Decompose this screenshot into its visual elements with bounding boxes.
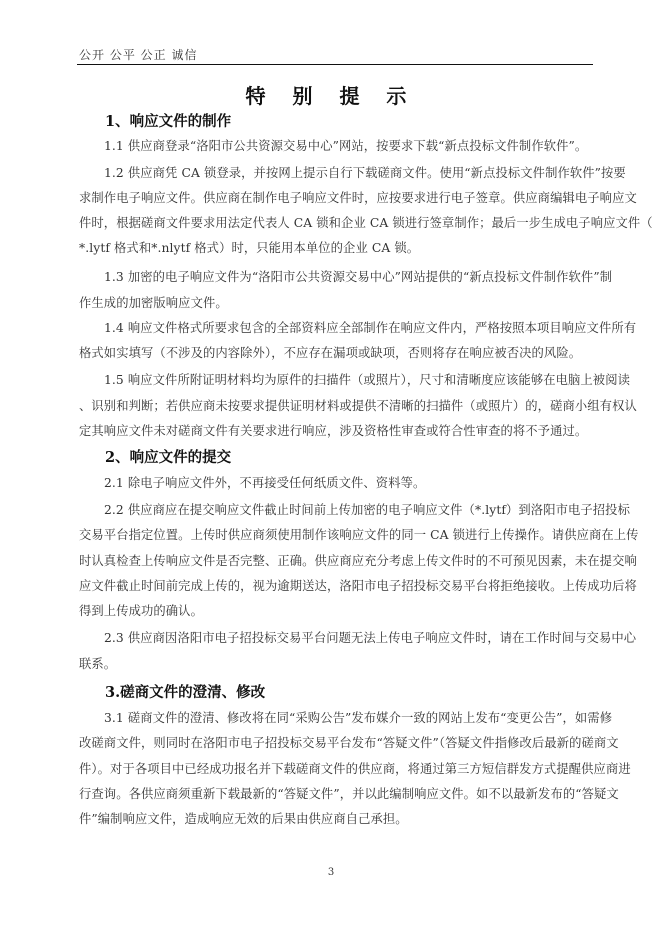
- paragraph-line: 应文件截止时间前完成上传的，视为逾期送达，洛阳市电子招投标交易平台将拒绝接收。上…: [79, 576, 637, 594]
- document-page: 公开 公平 公正 诚信 特 别 提 示 1、响应文件的制作 1.1 供应商登录“…: [0, 0, 662, 936]
- header-divider: [77, 64, 593, 65]
- paragraph-line: 1.5 响应文件所附证明材料均为原件的扫描件（或照片），尺寸和清晰度应该能够在电…: [104, 370, 630, 388]
- paragraph-line: 件”编制响应文件，造成响应无效的后果由供应商自己承担。: [79, 809, 408, 827]
- paragraph-line: 时认真检查上传响应文件是否完整、正确。供应商应充分考虑上传文件时的不可预见因素，…: [79, 551, 637, 569]
- paragraph-line: 件时，根据磋商文件要求用法定代表人 CA 锁和企业 CA 锁进行签章制作；最后一…: [79, 213, 653, 231]
- paragraph-line: 求制作电子响应文件。供应商在制作电子响应文件时，应按要求进行电子签章。供应商编辑…: [79, 188, 637, 206]
- paragraph-line: 2.1 除电子响应文件外，不再接受任何纸质文件、资料等。: [104, 473, 425, 491]
- paragraph-line: 1.3 加密的电子响应文件为“洛阳市公共资源交易中心”网站提供的“新点投标文件制…: [104, 267, 612, 285]
- section-heading-1: 1、响应文件的制作: [105, 110, 231, 131]
- paragraph-line: 、识别和判断；若供应商未按要求提供证明材料或提供不清晰的扫描件（或照片）的，磋商…: [79, 396, 637, 414]
- paragraph-line: 得到上传成功的确认。: [79, 601, 203, 619]
- page-title: 特 别 提 示: [0, 80, 662, 109]
- page-number: 3: [0, 867, 662, 878]
- paragraph-line: 件）。对于各项目中已经成功报名并下载磋商文件的供应商，将通过第三方短信群发方式提…: [79, 759, 631, 777]
- paragraph-line: 2.3 供应商因洛阳市电子招投标交易平台问题无法上传电子响应文件时，请在工作时间…: [104, 628, 636, 646]
- paragraph-line: 1.4 响应文件格式所要求包含的全部资料应全部制作在响应文件内，严格按照本项目响…: [104, 318, 636, 336]
- section-heading-2: 2、响应文件的提交: [105, 446, 231, 467]
- paragraph-line: 交易平台指定位置。上传时供应商须使用制作该响应文件的同一 CA 锁进行上传操作。…: [79, 525, 639, 543]
- paragraph-line: 定其响应文件未对磋商文件有关要求进行响应，涉及资格性审查或符合性审查的将不予通过…: [79, 421, 587, 439]
- header-motto: 公开 公平 公正 诚信: [79, 46, 197, 63]
- paragraph-line: 改磋商文件，则同时在洛阳市电子招投标交易平台发布“答疑文件”（答疑文件指修改后最…: [79, 733, 619, 751]
- paragraph-line: 格式如实填写（不涉及的内容除外），不应存在漏项或缺项，否则将存在响应被否决的风险…: [79, 343, 581, 361]
- paragraph-line: 3.1 磋商文件的澄清、修改将在同“采购公告”发布媒介一致的网站上发布“变更公告…: [104, 708, 612, 726]
- paragraph-line: 1.2 供应商凭 CA 锁登录，并按网上提示自行下载磋商文件。使用“新点投标文件…: [104, 163, 626, 181]
- paragraph-line: 行查询。各供应商须重新下载最新的“答疑文件”，并以此编制响应文件。如不以最新发布…: [79, 784, 619, 802]
- paragraph-line: 2.2 供应商应在提交响应文件截止时间前上传加密的电子响应文件（*.lytf）到…: [104, 500, 630, 518]
- paragraph-line: 1.1 供应商登录“洛阳市公共资源交易中心”网站，按要求下载“新点投标文件制作软…: [104, 136, 587, 154]
- paragraph-line: 联系。: [79, 654, 116, 672]
- paragraph-line: *.lytf 格式和*.nlytf 格式）时，只能用本单位的企业 CA 锁。: [79, 238, 419, 256]
- section-heading-3: 3.磋商文件的澄清、修改: [105, 681, 265, 702]
- paragraph-line: 作生成的加密版响应文件。: [79, 293, 228, 311]
